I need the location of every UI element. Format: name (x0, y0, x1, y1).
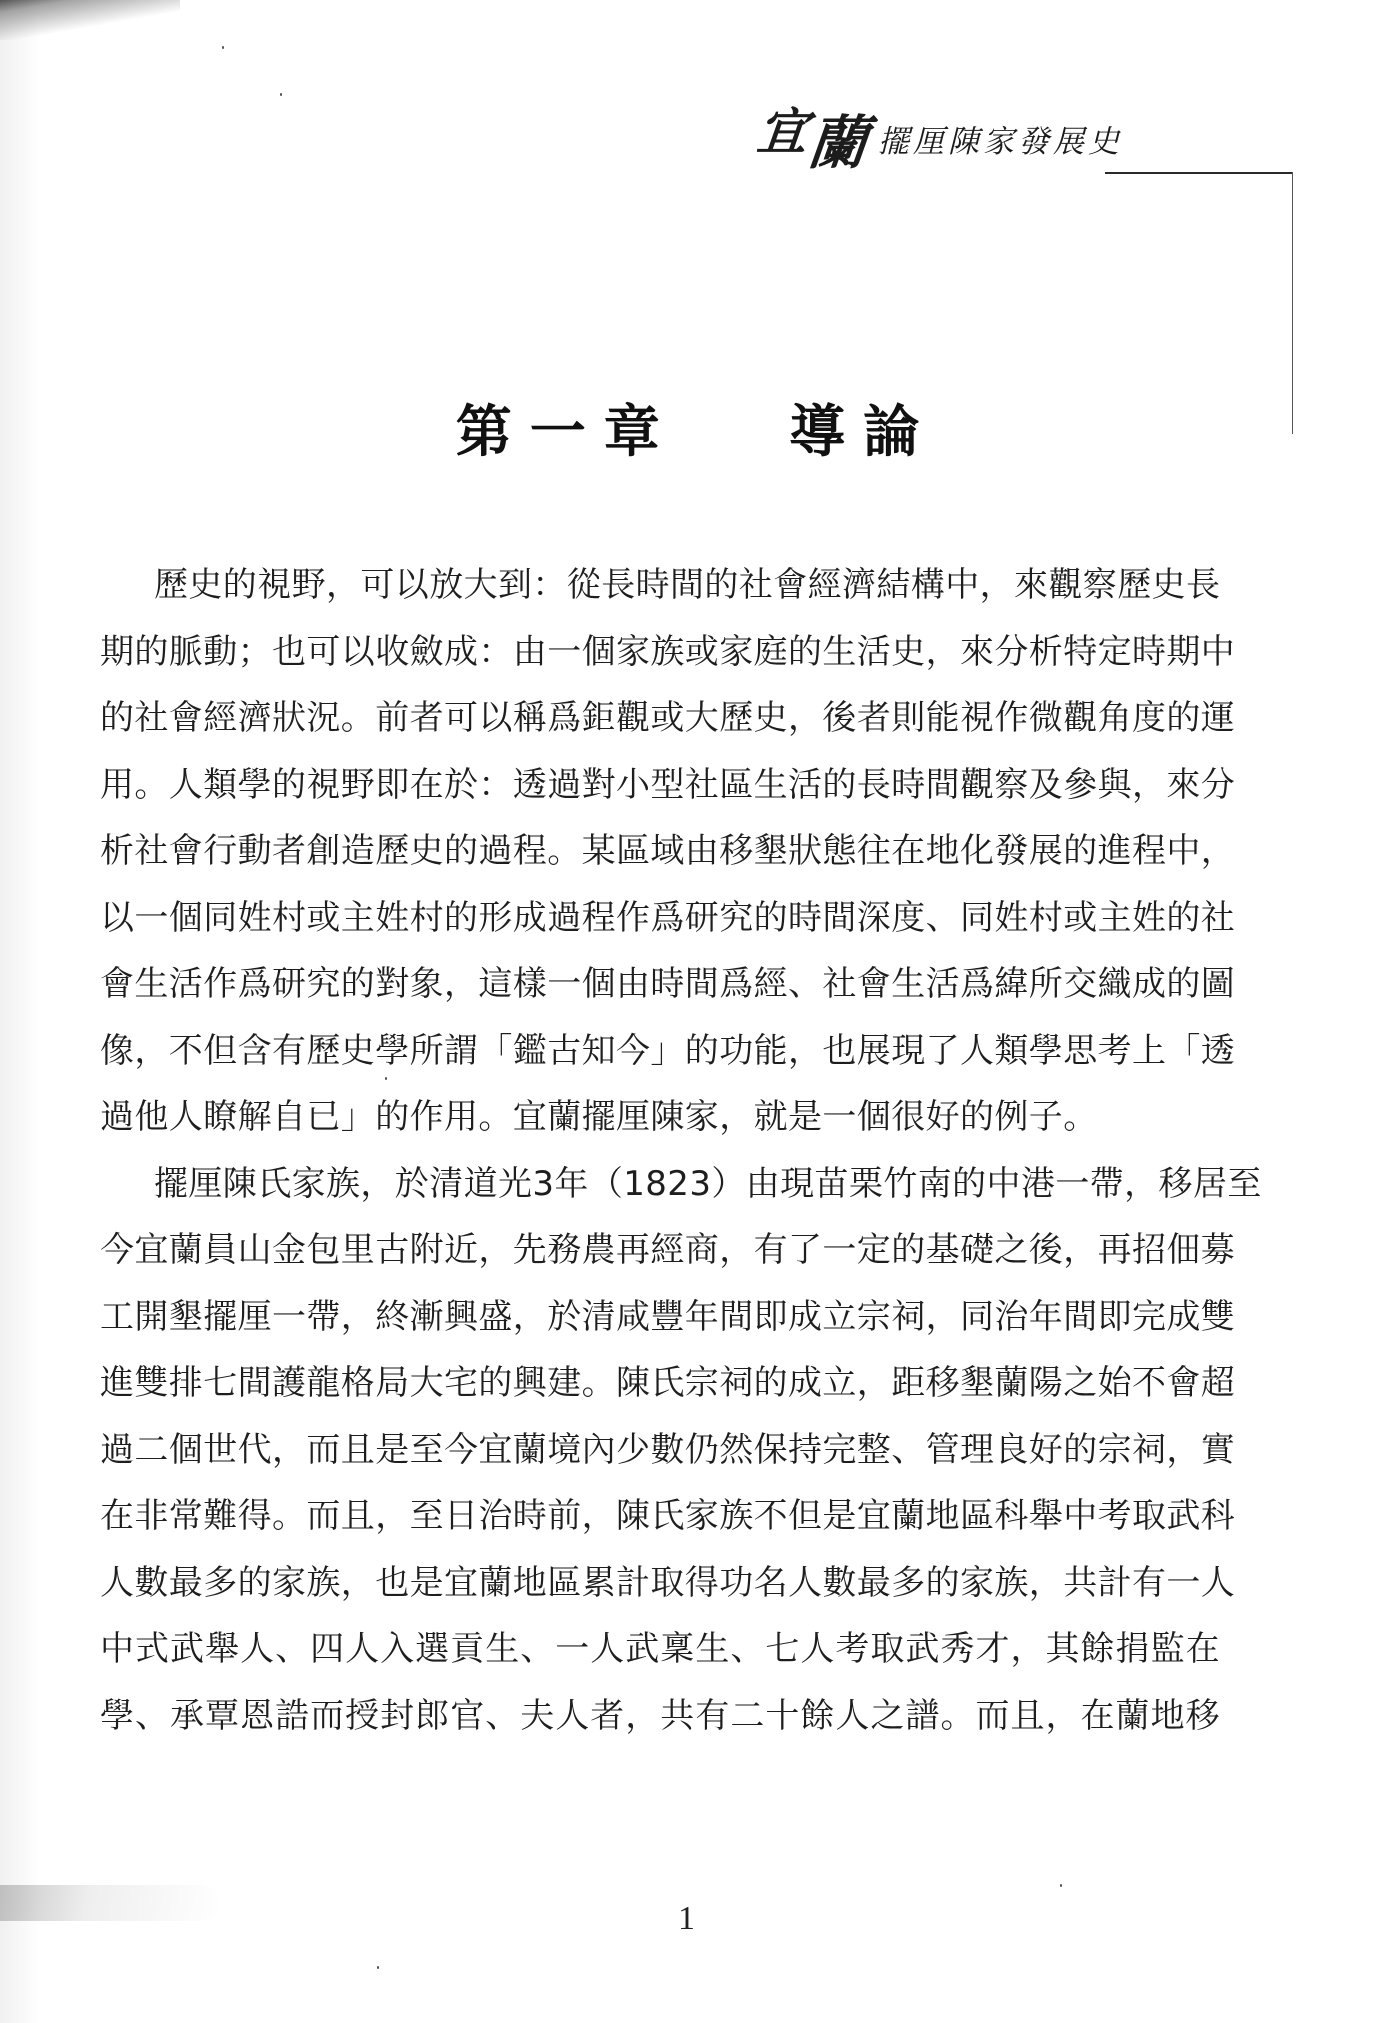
scan-corner-shadow (0, 0, 180, 40)
scan-edge-shadow (0, 0, 40, 2023)
paragraph-2-line: 工開墾擺厘一帶，終漸興盛，於清咸豐年間即成立宗祠，同治年間即完成雙 (100, 1284, 1220, 1351)
paragraph-2-line: 進雙排七間護龍格局大宅的興建。陳氏宗祠的成立，距移墾蘭陽之始不會超 (100, 1350, 1220, 1417)
paragraph-2-line: 學、承覃恩誥而授封郎官、夫人者，共有二十餘人之譜。而且，在蘭地移 (100, 1683, 1220, 1750)
header-brand-calligraphy: 宜蘭 (755, 100, 873, 158)
scan-speck (385, 1077, 387, 1080)
header-brand-char: 宜 (755, 102, 813, 161)
paragraph-2-line: 人數最多的家族，也是宜蘭地區累計取得功名人數最多的家族，共計有一人 (100, 1550, 1220, 1617)
paragraph-1-line: 的社會經濟狀況。前者可以稱爲鉅觀或大歷史，後者則能視作微觀角度的運 (100, 685, 1220, 752)
paragraph-1-line: 析社會行動者創造歷史的過程。某區域由移墾狀態往在地化發展的進程中， (100, 818, 1220, 885)
scan-speck (377, 1966, 379, 1969)
header-book-subtitle: 擺厘陳家發展史 (878, 127, 1123, 158)
paragraph-1-line: 過他人瞭解自已」的作用。宜蘭擺厘陳家，就是一個很好的例子。 (100, 1084, 1220, 1151)
paragraph-1-line: 會生活作爲研究的對象，這樣一個由時間爲經、社會生活爲緯所交織成的圖 (100, 951, 1220, 1018)
paragraph-1-line: 期的脈動；也可以收斂成：由一個家族或家庭的生活史，來分析特定時期中 (100, 619, 1220, 686)
paragraph-2-line: 擺厘陳氏家族，於清道光3年（1823）由現苗栗竹南的中港一帶，移居至 (100, 1151, 1220, 1218)
header-brand-char: 蘭 (805, 114, 871, 172)
running-header: 宜蘭 擺厘陳家發展史 (758, 100, 1123, 158)
paragraph-1-line: 以一個同姓村或主姓村的形成過程作爲研究的時間深度、同姓村或主姓的社 (100, 885, 1220, 952)
scan-speck (280, 93, 282, 96)
paragraph-2-line: 中式武舉人、四人入選貢生、一人武稟生、七人考取武秀才，其餘捐監在 (100, 1616, 1220, 1683)
chapter-title: 第一章 導論 (0, 388, 1373, 468)
scan-speck (222, 46, 224, 49)
paragraph-2-line: 在非常難得。而且，至日治時前，陳氏家族不但是宜蘭地區科舉中考取武科 (100, 1483, 1220, 1550)
header-rule-horizontal (1105, 172, 1293, 174)
paragraph-2-line: 今宜蘭員山金包里古附近，先務農再經商，有了一定的基礎之後，再招佃募 (100, 1217, 1220, 1284)
paragraph-1-line: 像，不但含有歷史學所謂「鑑古知今」的功能，也展現了人類學思考上「透 (100, 1018, 1220, 1085)
scan-speck (1060, 1884, 1062, 1887)
body-text: 歷史的視野，可以放大到：從長時間的社會經濟結構中，來觀察歷史長 期的脈動；也可以… (100, 552, 1220, 1749)
paragraph-2-line: 過二個世代，而且是至今宜蘭境內少數仍然保持完整、管理良好的宗祠，實 (100, 1417, 1220, 1484)
paragraph-1-line: 歷史的視野，可以放大到：從長時間的社會經濟結構中，來觀察歷史長 (100, 552, 1220, 619)
page-number: 1 (0, 1900, 1373, 1938)
paragraph-1-line: 用。人類學的視野即在於：透過對小型社區生活的長時間觀察及參與，來分 (100, 752, 1220, 819)
